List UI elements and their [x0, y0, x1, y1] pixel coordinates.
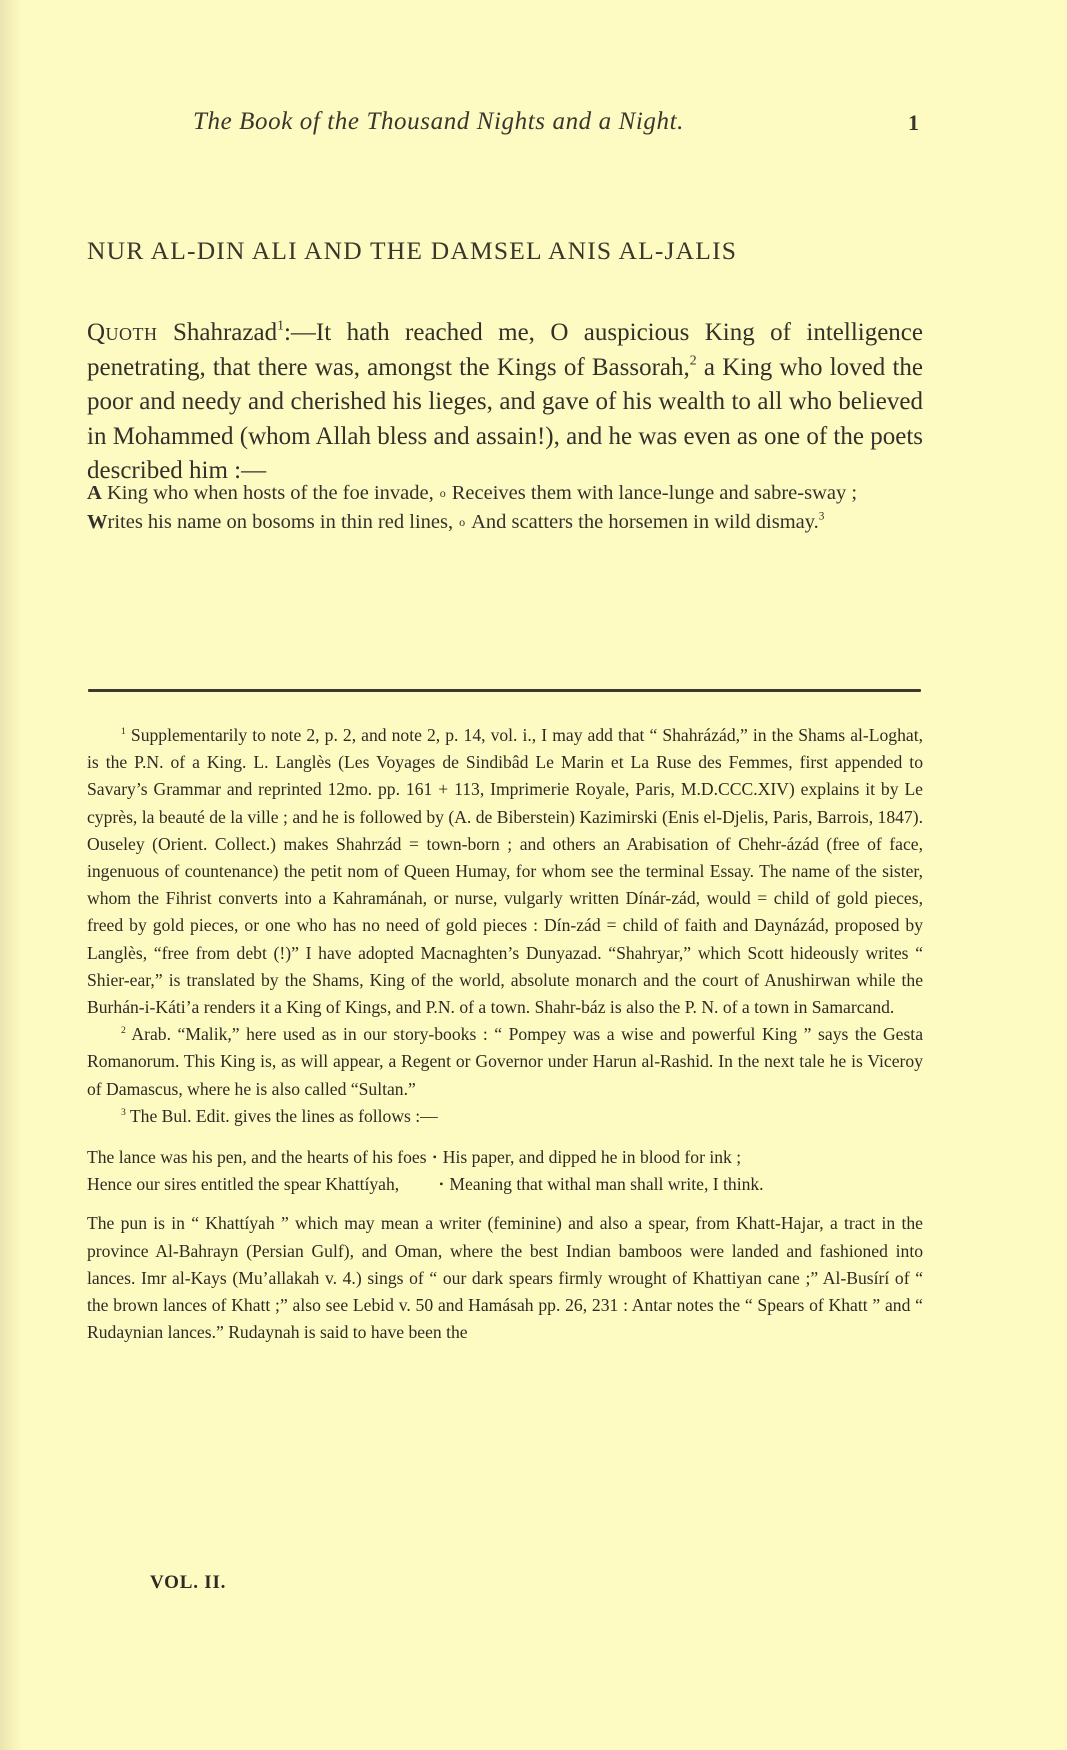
verse-initial: A [87, 482, 102, 504]
footnote-divider [88, 689, 921, 692]
verse-first-half: King who when hosts of the foe invade, [102, 482, 434, 504]
verse-line-2: Writes his name on bosoms in thin red li… [87, 508, 923, 536]
verse-first-half: The lance was his pen, and the hearts of… [87, 1147, 427, 1167]
verse-first-half: rites his name on bosoms in thin red lin… [108, 511, 454, 533]
verse-bullet-icon: • [439, 1177, 443, 1191]
running-title: The Book of the Thousand Nights and a Ni… [193, 108, 684, 136]
page-edge-shadow [0, 0, 22, 1750]
chapter-title: NUR AL-DIN ALI AND THE DAMSEL ANIS AL-JA… [87, 236, 947, 266]
verse-first-half: Hence our sires entitled the spear Khatt… [87, 1174, 399, 1194]
lead-word: Quoth [87, 319, 158, 346]
body-text-a: Shahrazad [158, 319, 278, 346]
footnote-verse-line-1: The lance was his pen, and the hearts of… [87, 1144, 923, 1171]
signature-mark: VOL. II. [150, 1572, 226, 1594]
verse-block: A King who when hosts of the foe invade,… [87, 479, 923, 537]
footnotes: 1 Supplementarily to note 2, p. 2, and n… [87, 722, 923, 1346]
verse-second-half: And scatters the horsemen in wild dismay… [471, 511, 819, 533]
verse-separator-icon: o [459, 515, 465, 529]
page-number: 1 [908, 110, 919, 136]
verse-initial: W [87, 511, 108, 533]
footnote-verse-line-2: Hence our sires entitled the spear Khatt… [87, 1171, 923, 1198]
footnote-ref-1[interactable]: 1 [277, 318, 284, 333]
verse-second-half: Receives them with lance-lunge and sabre… [452, 482, 857, 504]
footnote-ref-2[interactable]: 2 [690, 352, 697, 367]
body-paragraph: Quoth Shahrazad1:—It hath reached me, O … [87, 316, 923, 489]
footnote-2-text: Arab. “Malik,” here used as in our story… [87, 1024, 923, 1098]
verse-second-half: His paper, and dipped he in blood for in… [443, 1147, 741, 1167]
footnote-ref-3[interactable]: 3 [819, 511, 825, 523]
footnote-3: 3 The Bul. Edit. gives the lines as foll… [87, 1103, 923, 1130]
footnote-3-text: The Bul. Edit. gives the lines as follow… [126, 1106, 438, 1126]
running-head: The Book of the Thousand Nights and a Ni… [0, 108, 1067, 138]
verse-bullet-icon: • [433, 1150, 437, 1164]
verse-second-half: Meaning that withal man shall write, I t… [449, 1174, 763, 1194]
footnote-verse: The lance was his pen, and the hearts of… [87, 1144, 923, 1198]
verse-line-1: A King who when hosts of the foe invade,… [41, 479, 923, 507]
footnote-2: 2 Arab. “Malik,” here used as in our sto… [87, 1021, 923, 1103]
verse-separator-icon: o [440, 486, 446, 500]
footnote-1-text: Supplementarily to note 2, p. 2, and not… [87, 725, 923, 1017]
footnote-1: 1 Supplementarily to note 2, p. 2, and n… [87, 722, 923, 1021]
footnote-3-continuation: The pun is in “ Khattíyah ” which may me… [87, 1210, 923, 1346]
